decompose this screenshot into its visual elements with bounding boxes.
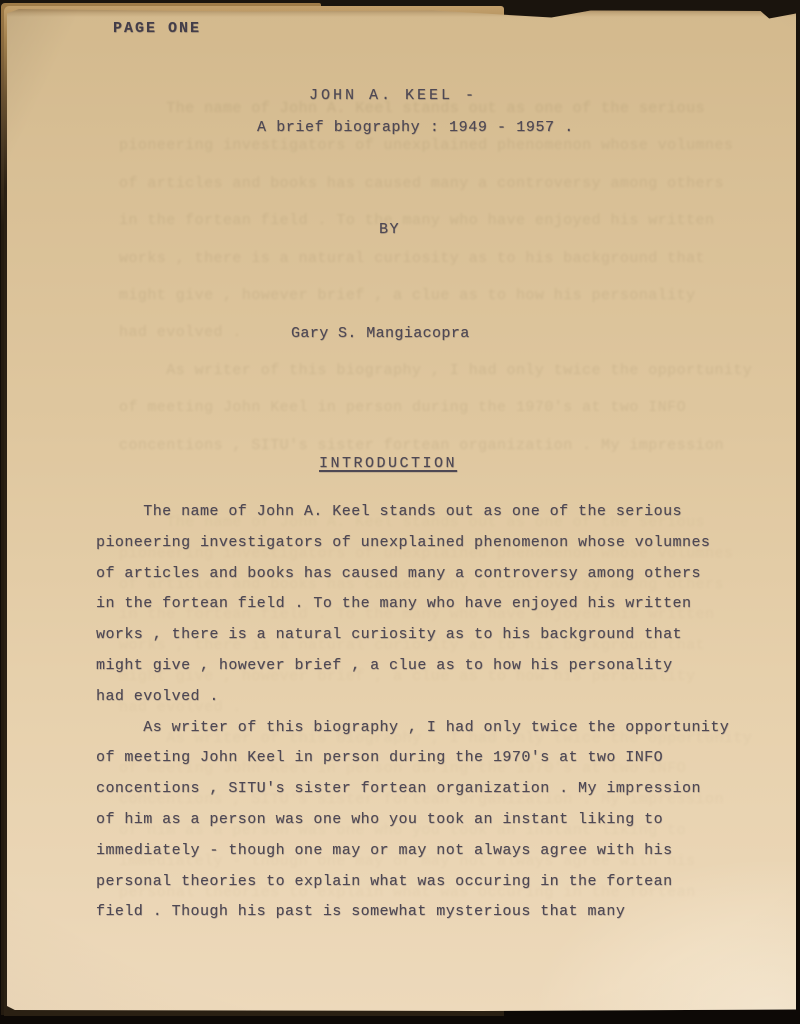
body-line: pioneering investigators of unexplained … [96, 528, 756, 559]
body-line: might give , however brief , a clue as t… [96, 651, 756, 682]
ghost-line: of articles and books has caused many a … [119, 165, 759, 202]
photo-background: The name of John A. Keel stands out as o… [0, 0, 800, 1024]
byline: BY [379, 221, 400, 238]
body-line: As writer of this biography , I had only… [96, 713, 756, 744]
body-line: of articles and books has caused many a … [96, 559, 756, 590]
body-line: works , there is a natural curiosity as … [96, 620, 756, 651]
page-label: PAGE ONE [113, 20, 201, 37]
body-line: personal theories to explain what was oc… [96, 867, 756, 898]
document-title: JOHN A. KEEL - [309, 87, 477, 104]
bleed-through-text: The name of John A. Keel stands out as o… [119, 90, 759, 462]
body-line: field . Though his past is somewhat myst… [96, 897, 756, 928]
body-line: The name of John A. Keel stands out as o… [96, 497, 756, 528]
document-subtitle: A brief biography : 1949 - 1957 . [257, 119, 574, 136]
ghost-line: in the fortean field . To the many who h… [119, 202, 759, 239]
author-name: Gary S. Mangiacopra [291, 325, 470, 342]
body-paragraphs: The name of John A. Keel stands out as o… [96, 497, 756, 928]
ghost-line: works , there is a natural curiosity as … [119, 240, 759, 277]
typewritten-page: The name of John A. Keel stands out as o… [7, 8, 796, 1012]
section-heading: INTRODUCTION [319, 455, 457, 472]
ghost-line: might give , however brief , a clue as t… [119, 277, 759, 314]
body-line: of meeting John Keel in person during th… [96, 743, 756, 774]
body-line: in the fortean field . To the many who h… [96, 589, 756, 620]
body-line: had evolved . [96, 682, 756, 713]
body-line: of him as a person was one who you took … [96, 805, 756, 836]
ghost-line: As writer of this biography , I had only… [119, 352, 759, 389]
body-line: concentions , SITU's sister fortean orga… [96, 774, 756, 805]
body-line: immediately - though one may or may not … [96, 836, 756, 867]
ghost-line: of meeting John Keel in person during th… [119, 389, 759, 426]
